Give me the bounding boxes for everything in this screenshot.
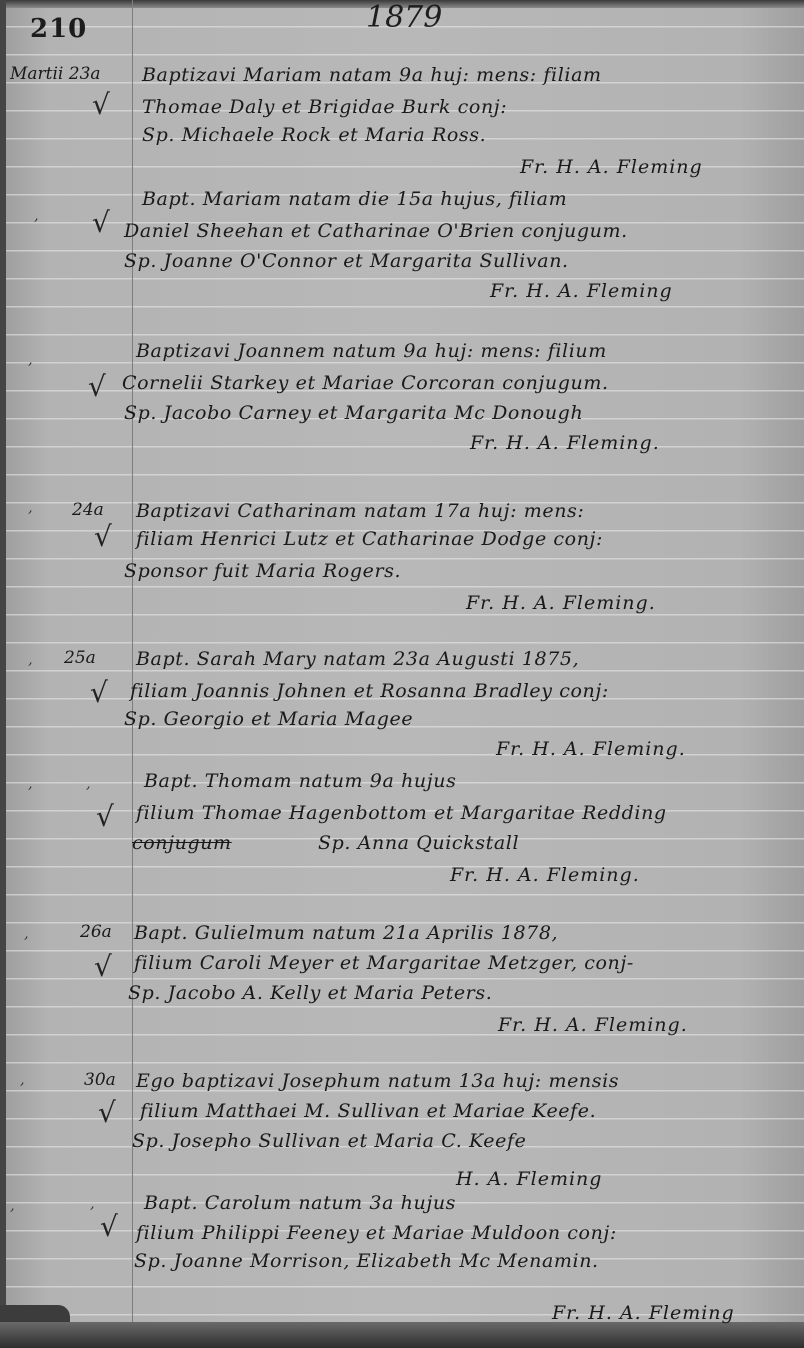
ditto-mark: ‚	[28, 652, 32, 668]
ditto-mark: ‚	[10, 1198, 14, 1214]
entry-date: 26a	[80, 922, 112, 942]
entry-line: filiam Joannis Johnen et Rosanna Bradley…	[130, 680, 609, 702]
entry-date: 25a	[64, 648, 96, 668]
priest-signature: Fr. H. A. Fleming.	[498, 1014, 688, 1036]
check-mark-icon: √	[96, 800, 114, 833]
entry-line: Bapt. Carolum natum 3a hujus	[144, 1192, 456, 1214]
entry-line: Sp. Jacobo Carney et Margarita Mc Donoug…	[124, 402, 583, 424]
entry-line: Baptizavi Joannem natum 9a huj: mens: fi…	[136, 340, 607, 362]
ditto-mark: ‚	[90, 1196, 94, 1212]
ditto-mark: ‚	[86, 776, 90, 792]
ditto-mark: ‚	[28, 352, 32, 368]
entry-line: Sp. Michaele Rock et Maria Ross.	[142, 124, 486, 146]
entry-line: Sp. Jacobo A. Kelly et Maria Peters.	[128, 982, 492, 1004]
register-page: 210 1879 Martii 23a √ Baptizavi Mariam n…	[0, 0, 804, 1348]
priest-signature: Fr. H. A. Fleming	[552, 1302, 735, 1324]
priest-signature: Fr. H. A. Fleming.	[496, 738, 686, 760]
entry-line: Sp. Josepho Sullivan et Maria C. Keefe	[132, 1130, 526, 1152]
priest-signature: Fr. H. A. Fleming.	[470, 432, 660, 454]
entry-line: filium Caroli Meyer et Margaritae Metzge…	[134, 952, 634, 974]
ditto-mark: ‚	[24, 926, 28, 942]
struck-through-text: conjugum	[132, 832, 232, 854]
ditto-mark: ‚	[34, 208, 38, 224]
check-mark-icon: √	[94, 520, 112, 553]
priest-signature: Fr. H. A. Fleming	[490, 280, 673, 302]
check-mark-icon: √	[88, 370, 106, 403]
entry-date: Martii 23a	[10, 64, 101, 84]
entry-line: filium Matthaei M. Sullivan et Mariae Ke…	[140, 1100, 596, 1122]
entry-line: filiam Henrici Lutz et Catharinae Dodge …	[136, 528, 603, 550]
entry-line: Sp. Joanne Morrison, Elizabeth Mc Menami…	[134, 1250, 599, 1272]
check-mark-icon: √	[98, 1096, 116, 1129]
ditto-mark: ‚	[20, 1072, 24, 1088]
entry-line: Thomae Daly et Brigidae Burk conj:	[142, 96, 507, 118]
entry-line: filium Philippi Feeney et Mariae Muldoon…	[136, 1222, 617, 1244]
entry-line: Bapt. Thomam natum 9a hujus	[144, 770, 456, 792]
priest-signature: Fr. H. A. Fleming.	[466, 592, 656, 614]
entry-line: Ego baptizavi Josephum natum 13a huj: me…	[136, 1070, 619, 1092]
check-mark-icon: √	[90, 676, 108, 709]
check-mark-icon: √	[94, 950, 112, 983]
check-mark-icon: √	[92, 88, 110, 121]
check-mark-icon: √	[100, 1210, 118, 1243]
entry-line: Baptizavi Catharinam natam 17a huj: mens…	[136, 500, 584, 522]
priest-signature: H. A. Fleming	[456, 1168, 602, 1190]
entry-line: Sp. Joanne O'Connor et Margarita Sulliva…	[124, 250, 569, 272]
entry-line: filium Thomae Hagenbottom et Margaritae …	[136, 802, 667, 824]
entry-line: Sponsor fuit Maria Rogers.	[124, 560, 401, 582]
entry-line: Sp. Georgio et Maria Magee	[124, 708, 413, 730]
entry-line: Bapt. Mariam natam die 15a hujus, filiam	[142, 188, 567, 210]
ditto-mark: ‚	[28, 776, 32, 792]
check-mark-icon: √	[92, 206, 110, 239]
entry-line: Bapt. Gulielmum natum 21a Aprilis 1878,	[134, 922, 558, 944]
priest-signature: Fr. H. A. Fleming	[520, 156, 703, 178]
scan-left-edge	[0, 0, 6, 1348]
entry-line: Daniel Sheehan et Catharinae O'Brien con…	[124, 220, 628, 242]
entry-line: Baptizavi Mariam natam 9a huj: mens: fil…	[142, 64, 602, 86]
entry-line: Cornelii Starkey et Mariae Corcoran conj…	[122, 372, 609, 394]
entry-date: 24a	[72, 500, 104, 520]
entry-date: 30a	[84, 1070, 116, 1090]
priest-signature: Fr. H. A. Fleming.	[450, 864, 640, 886]
entry-line: Sp. Anna Quickstall	[318, 832, 519, 854]
scan-bottom-edge	[0, 1322, 804, 1348]
entry-line: Bapt. Sarah Mary natam 23a Augusti 1875,	[136, 648, 579, 670]
page-number: 210	[30, 14, 87, 44]
ditto-mark: ‚	[28, 500, 32, 516]
register-year: 1879	[366, 0, 442, 35]
